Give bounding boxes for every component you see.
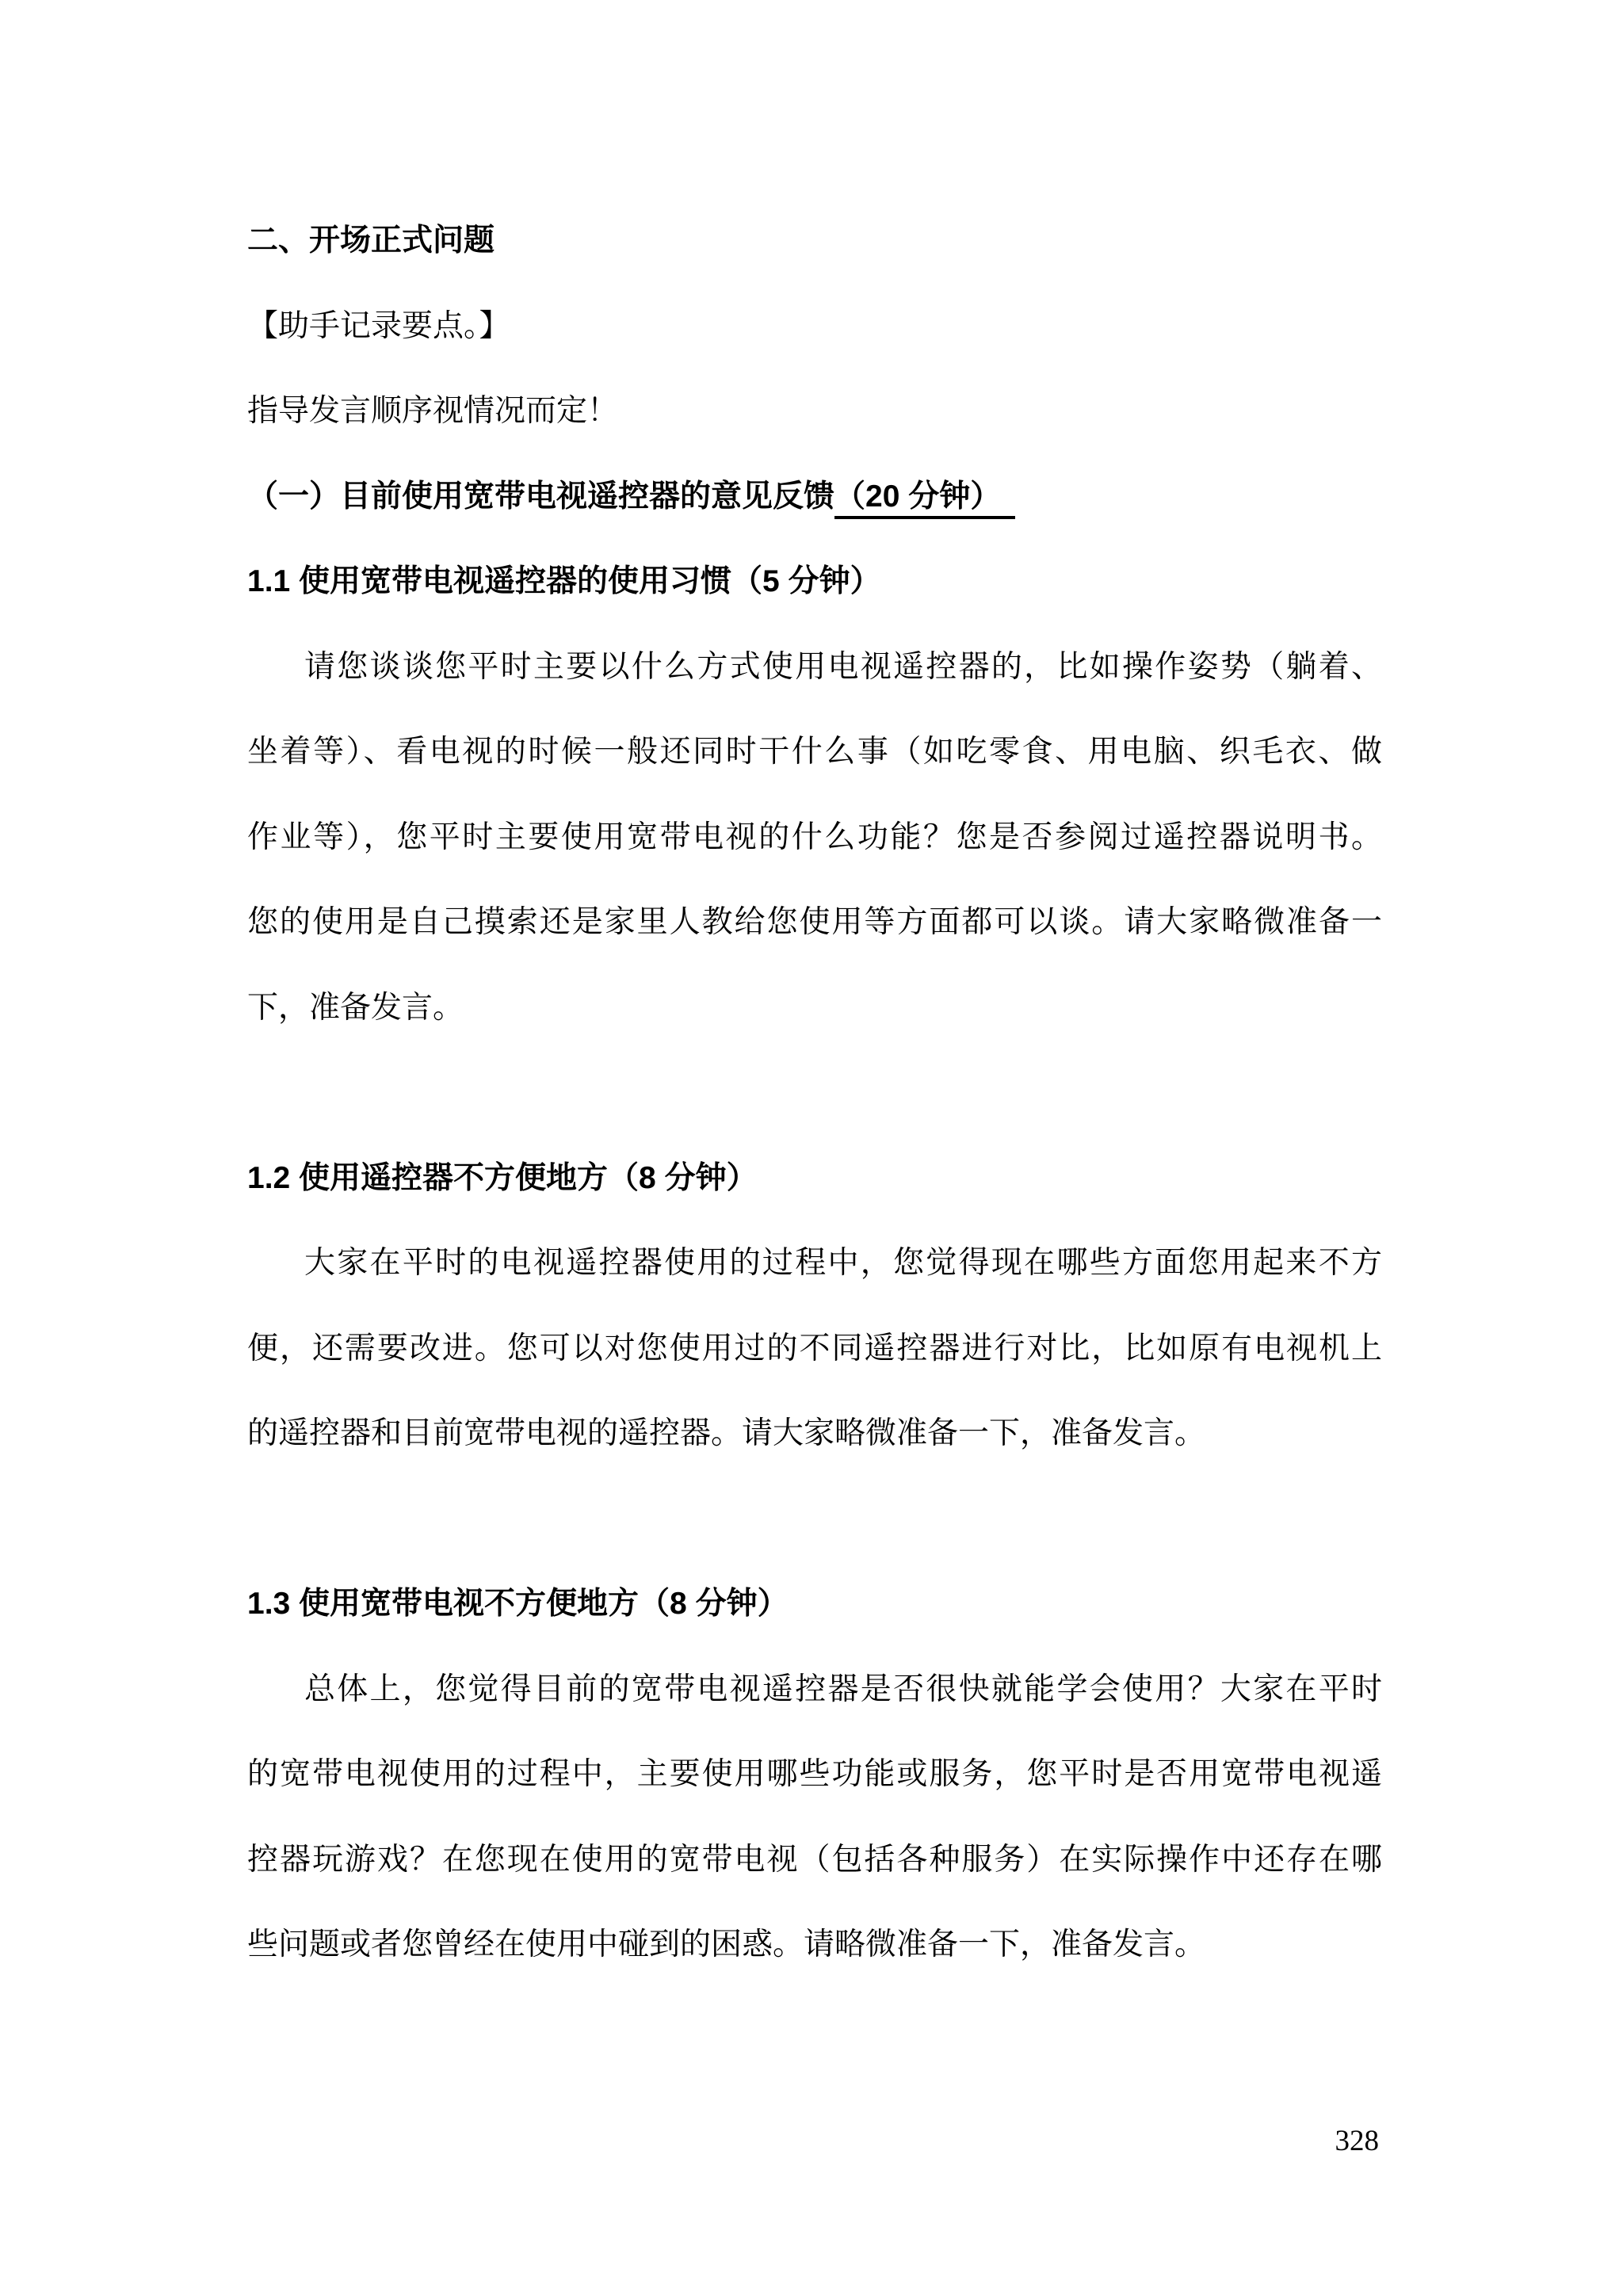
blank-line xyxy=(247,1050,1382,1136)
chapter-heading: 二、开场正式问题 xyxy=(247,198,1382,284)
paragraph-line: 的遥控器和目前宽带电视的遥控器。请大家略微准备一下，准备发言。 xyxy=(247,1391,1382,1477)
paragraph-line: 些问题或者您曾经在使用中碰到的困惑。请略微准备一下，准备发言。 xyxy=(247,1902,1382,1988)
document-body: 二、开场正式问题 【助手记录要点。】 指导发言顺序视情况而定！ （一）目前使用宽… xyxy=(247,198,1382,1988)
paragraph-line: 的宽带电视使用的过程中，主要使用哪些功能或服务，您平时是否用宽带电视遥 xyxy=(247,1732,1382,1817)
topic-1-1-heading: 1.1 使用宽带电视遥控器的使用习惯（5 分钟） xyxy=(247,539,1382,625)
section-1-heading: （一）目前使用宽带电视遥控器的意见反馈（20 分钟） xyxy=(247,454,1382,540)
paragraph-line: 您的使用是自己摸索还是家里人教给您使用等方面都可以谈。请大家略微准备一 xyxy=(247,880,1382,965)
paragraph-line: 大家在平时的电视遥控器使用的过程中，您觉得现在哪些方面您用起来不方 xyxy=(247,1221,1382,1306)
paragraph-line: 下，准备发言。 xyxy=(247,965,1382,1051)
paragraph-line: 作业等），您平时主要使用宽带电视的什么功能？您是否参阅过遥控器说明书。 xyxy=(247,795,1382,881)
paragraph-line: 总体上，您觉得目前的宽带电视遥控器是否很快就能学会使用？大家在平时 xyxy=(247,1647,1382,1733)
guide-note: 指导发言顺序视情况而定！ xyxy=(247,369,1382,454)
paragraph-line: 请您谈谈您平时主要以什么方式使用电视遥控器的，比如操作姿势（躺着、 xyxy=(247,625,1382,710)
blank-line xyxy=(247,1477,1382,1562)
assistant-note: 【助手记录要点。】 xyxy=(247,284,1382,369)
paragraph-line: 控器玩游戏？在您现在使用的宽带电视（包括各种服务）在实际操作中还存在哪 xyxy=(247,1817,1382,1903)
section-1-heading-duration: （20 分钟） xyxy=(834,479,1015,519)
topic-1-2-heading: 1.2 使用遥控器不方便地方（8 分钟） xyxy=(247,1136,1382,1221)
paragraph-line: 便，还需要改进。您可以对您使用过的不同遥控器进行对比，比如原有电视机上 xyxy=(247,1306,1382,1392)
document-page: 二、开场正式问题 【助手记录要点。】 指导发言顺序视情况而定！ （一）目前使用宽… xyxy=(0,0,1623,2296)
paragraph-line: 坐着等）、看电视的时候一般还同时干什么事（如吃零食、用电脑、织毛衣、做 xyxy=(247,709,1382,795)
section-1-heading-text: （一）目前使用宽带电视遥控器的意见反馈 xyxy=(247,479,834,514)
topic-1-3-heading: 1.3 使用宽带电视不方便地方（8 分钟） xyxy=(247,1561,1382,1647)
page-number: 328 xyxy=(1284,2124,1379,2159)
